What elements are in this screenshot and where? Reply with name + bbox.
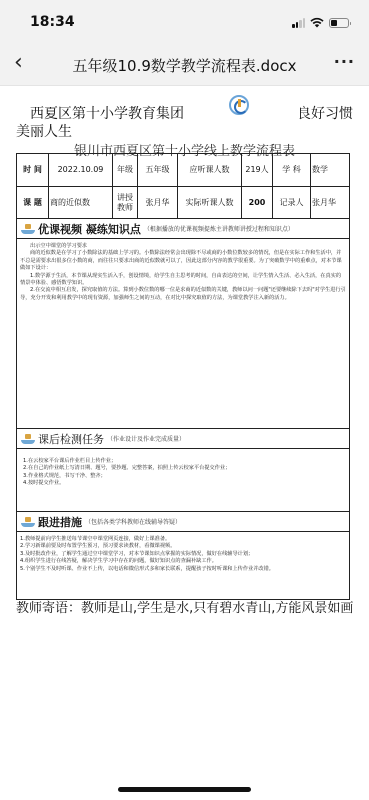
recorder-value: 张月华 — [311, 187, 349, 218]
status-bar: 18:34 — [0, 0, 369, 44]
nav-bar: ‹ 五年级10.9数学教学流程表.docx ··· — [0, 44, 369, 86]
book-icon — [21, 517, 35, 527]
time-value: 2022.10.09 — [49, 154, 113, 186]
school-logo-icon — [229, 95, 249, 115]
paragraph: 2.学习新课前要及时布置学生预习，预习要求读教材，看微课视频。 — [20, 543, 346, 550]
section-body-video: 出示空中课堂的学习要求 商的近似数是在学习了小数除法的基础上学习的。小数除法经常… — [17, 239, 349, 429]
actual-attendance-label: 实际听课人数 — [178, 187, 242, 218]
more-button[interactable]: ··· — [334, 52, 355, 71]
topic-label: 课 题 — [17, 187, 49, 218]
status-time: 18:34 — [30, 14, 75, 30]
paragraph: 3.作业格式规范，书写干净、整齐； — [23, 473, 346, 480]
section-body-followup: 1.教师提前向学生推送每节课空中课堂网页连接，做好上课准备。 2.学习新课前要及… — [17, 532, 349, 599]
recorder-label: 记录人 — [273, 187, 311, 218]
time-label: 时 间 — [17, 154, 49, 186]
home-indicator[interactable] — [118, 787, 251, 792]
subject-label: 学 科 — [273, 154, 311, 186]
teacher-value: 张月华 — [138, 187, 178, 218]
header-motto-2: 美丽人生 — [16, 121, 72, 141]
info-row-2: 课 题 商的近似数 讲授教师 张月华 实际听课人数 200 记录人 张月华 — [17, 187, 349, 219]
paragraph: 1.数学源于生活，本节课从现实生活入手，创设情境，给学生自主思考的时间，自由表达… — [20, 273, 346, 288]
grade-label: 年级 — [113, 154, 138, 186]
header-motto-1: 良好习惯 — [297, 103, 353, 123]
lesson-flow-table: 时 间 2022.10.09 年级 五年级 应听课人数 219人 学 科 数学 … — [16, 153, 350, 600]
paragraph: 4.组织学生进行在线答疑，解决学生学习中存在的问题，做好知识点的查漏补缺工作。 — [20, 558, 346, 565]
section-header-video: 优课视频 凝练知识点 （根据播放的优课视频提炼主讲教师讲授过程和知识点） — [17, 219, 349, 239]
wifi-icon — [310, 17, 324, 28]
section-title: 优课视频 凝练知识点 — [38, 221, 141, 237]
subject-value: 数学 — [311, 154, 349, 186]
teacher-label: 讲授教师 — [113, 187, 138, 218]
section-title: 课后检测任务 — [38, 431, 104, 447]
status-icons — [292, 17, 349, 28]
book-icon — [21, 434, 35, 444]
expected-attendance-value: 219人 — [242, 154, 273, 186]
section-header-homework: 课后检测任务 （作业设计及作业完成质量） — [17, 429, 349, 449]
actual-attendance-value: 200 — [242, 187, 273, 218]
topic-value: 商的近似数 — [49, 187, 113, 218]
teacher-message: 教师寄语：教师是山,学生是水,只有碧水青山,方能风景如画 — [16, 600, 356, 618]
grade-value: 五年级 — [138, 154, 178, 186]
section-note: （根据播放的优课视频提炼主讲教师讲授过程和知识点） — [144, 224, 294, 233]
info-row-1: 时 间 2022.10.09 年级 五年级 应听课人数 219人 学 科 数学 — [17, 154, 349, 187]
section-header-followup: 跟进措施 （包括各类学科教师在线辅导答疑） — [17, 512, 349, 532]
paragraph: 2.在交流中相互启发，探究取值的方法。算到小数位数的哪一位是求商的近似数的关键，… — [20, 287, 346, 302]
paragraph: 2.在自己的作业纸上写清日期、题号，要抄题、完整答案，拍照上传云校家平台提交作业… — [23, 465, 346, 472]
book-icon — [21, 224, 35, 234]
paragraph: 商的近似数是在学习了小数除法的基础上学习的。小数除法经常会出现除不尽或商的小数位… — [20, 250, 346, 272]
section-body-homework: 1.在云校家平台课后作业栏目上传作业； 2.在自己的作业纸上写清日期、题号，要抄… — [17, 449, 349, 512]
expected-attendance-label: 应听课人数 — [178, 154, 242, 186]
signal-icon — [292, 18, 305, 28]
section-note: （作业设计及作业完成质量） — [107, 434, 185, 443]
battery-icon — [329, 18, 349, 28]
section-note: （包括各类学科教师在线辅导答疑） — [85, 517, 181, 526]
paragraph: 5.个别学生不及时听课、作业不上传，以电话和微信形式多和家长联系，提醒孩子按时听… — [20, 566, 346, 573]
section-title: 跟进措施 — [38, 514, 82, 530]
paragraph: 4.按时提交作业。 — [23, 480, 346, 487]
header-school-name: 西夏区第十小学教育集团 — [30, 103, 184, 123]
document-title: 五年级10.9数学教学流程表.docx — [0, 55, 369, 76]
